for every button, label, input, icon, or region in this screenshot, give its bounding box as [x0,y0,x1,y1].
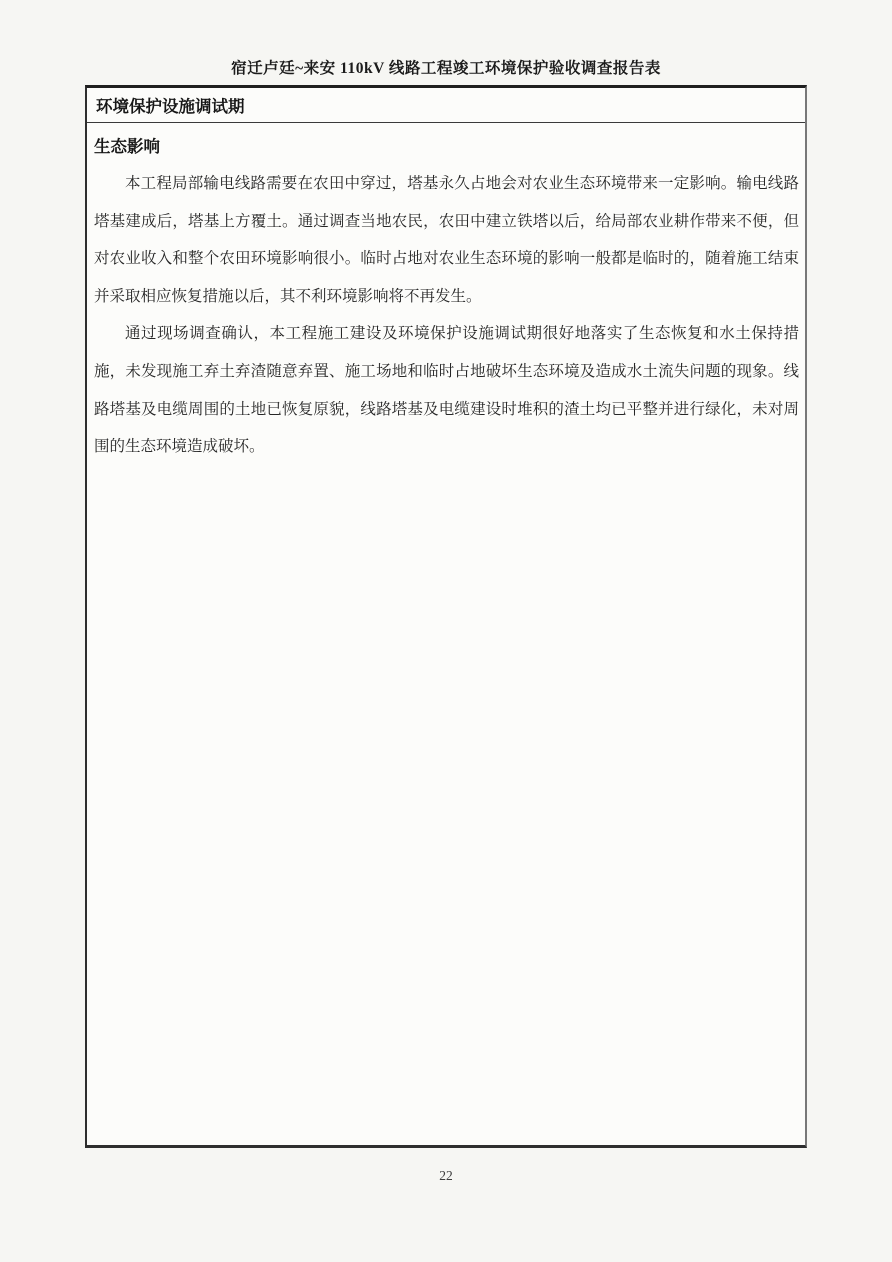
content-heading: 生态影响 [94,123,799,157]
body-paragraph: 通过现场调查确认，本工程施工建设及环境保护设施调试期很好地落实了生态恢复和水土保… [94,315,799,465]
table-content-cell: 生态影响 本工程局部输电线路需要在农田中穿过，塔基永久占地会对农业生态环境带来一… [87,123,805,466]
section-title: 环境保护设施调试期 [96,93,245,117]
document-header-title: 宿迁卢廷~来安 110kV 线路工程竣工环境保护验收调查报告表 [0,56,892,78]
section-title-row: 环境保护设施调试期 [87,88,805,123]
page-number: 22 [0,1168,892,1184]
document-page: { "page": { "header_title": "宿迁卢廷~来安 110… [0,0,892,1262]
body-paragraph: 本工程局部输电线路需要在农田中穿过，塔基永久占地会对农业生态环境带来一定影响。输… [94,165,799,315]
report-table: 环境保护设施调试期 生态影响 本工程局部输电线路需要在农田中穿过，塔基永久占地会… [85,85,807,1148]
